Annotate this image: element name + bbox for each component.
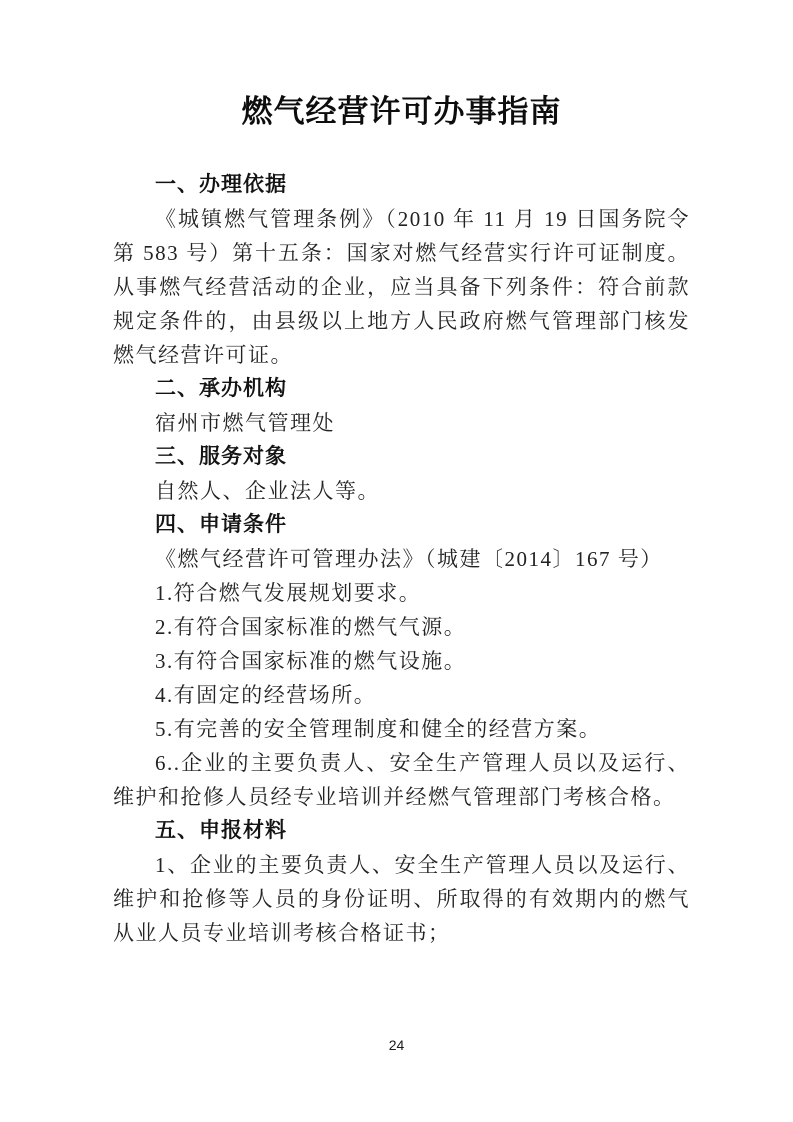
paragraph-regulation-reference: 《燃气经营许可管理办法》（城建〔2014〕167 号） — [113, 542, 690, 576]
condition-item-5: 5.有完善的安全管理制度和健全的经营方案。 — [113, 712, 690, 746]
condition-item-3: 3.有符合国家标准的燃气设施。 — [113, 644, 690, 678]
section-heading-application-conditions: 四、申请条件 — [113, 508, 690, 542]
condition-item-6: 6..企业的主要负责人、安全生产管理人员以及运行、维护和抢修人员经专业培训并经燃… — [113, 746, 690, 814]
paragraph-undertaking-agency: 宿州市燃气管理处 — [113, 406, 690, 440]
section-heading-service-targets: 三、服务对象 — [113, 440, 690, 474]
paragraph-service-targets: 自然人、企业法人等。 — [113, 474, 690, 508]
paragraph-handling-basis: 《城镇燃气管理条例》（2010 年 11 月 19 日国务院令第 583 号）第… — [113, 202, 690, 372]
section-heading-application-materials: 五、申报材料 — [113, 814, 690, 848]
condition-item-4: 4.有固定的经营场所。 — [113, 678, 690, 712]
page-number: 24 — [0, 1037, 793, 1053]
condition-item-2: 2.有符合国家标准的燃气气源。 — [113, 610, 690, 644]
material-item-1: 1、企业的主要负责人、安全生产管理人员以及运行、维护和抢修等人员的身份证明、所取… — [113, 848, 690, 950]
document-title: 燃气经营许可办事指南 — [113, 90, 690, 134]
document-page: 燃气经营许可办事指南 一、办理依据 《城镇燃气管理条例》（2010 年 11 月… — [0, 0, 793, 1122]
section-heading-handling-basis: 一、办理依据 — [113, 168, 690, 202]
document-body: 燃气经营许可办事指南 一、办理依据 《城镇燃气管理条例》（2010 年 11 月… — [113, 90, 690, 950]
section-heading-undertaking-agency: 二、承办机构 — [113, 372, 690, 406]
condition-item-1: 1.符合燃气发展规划要求。 — [113, 576, 690, 610]
